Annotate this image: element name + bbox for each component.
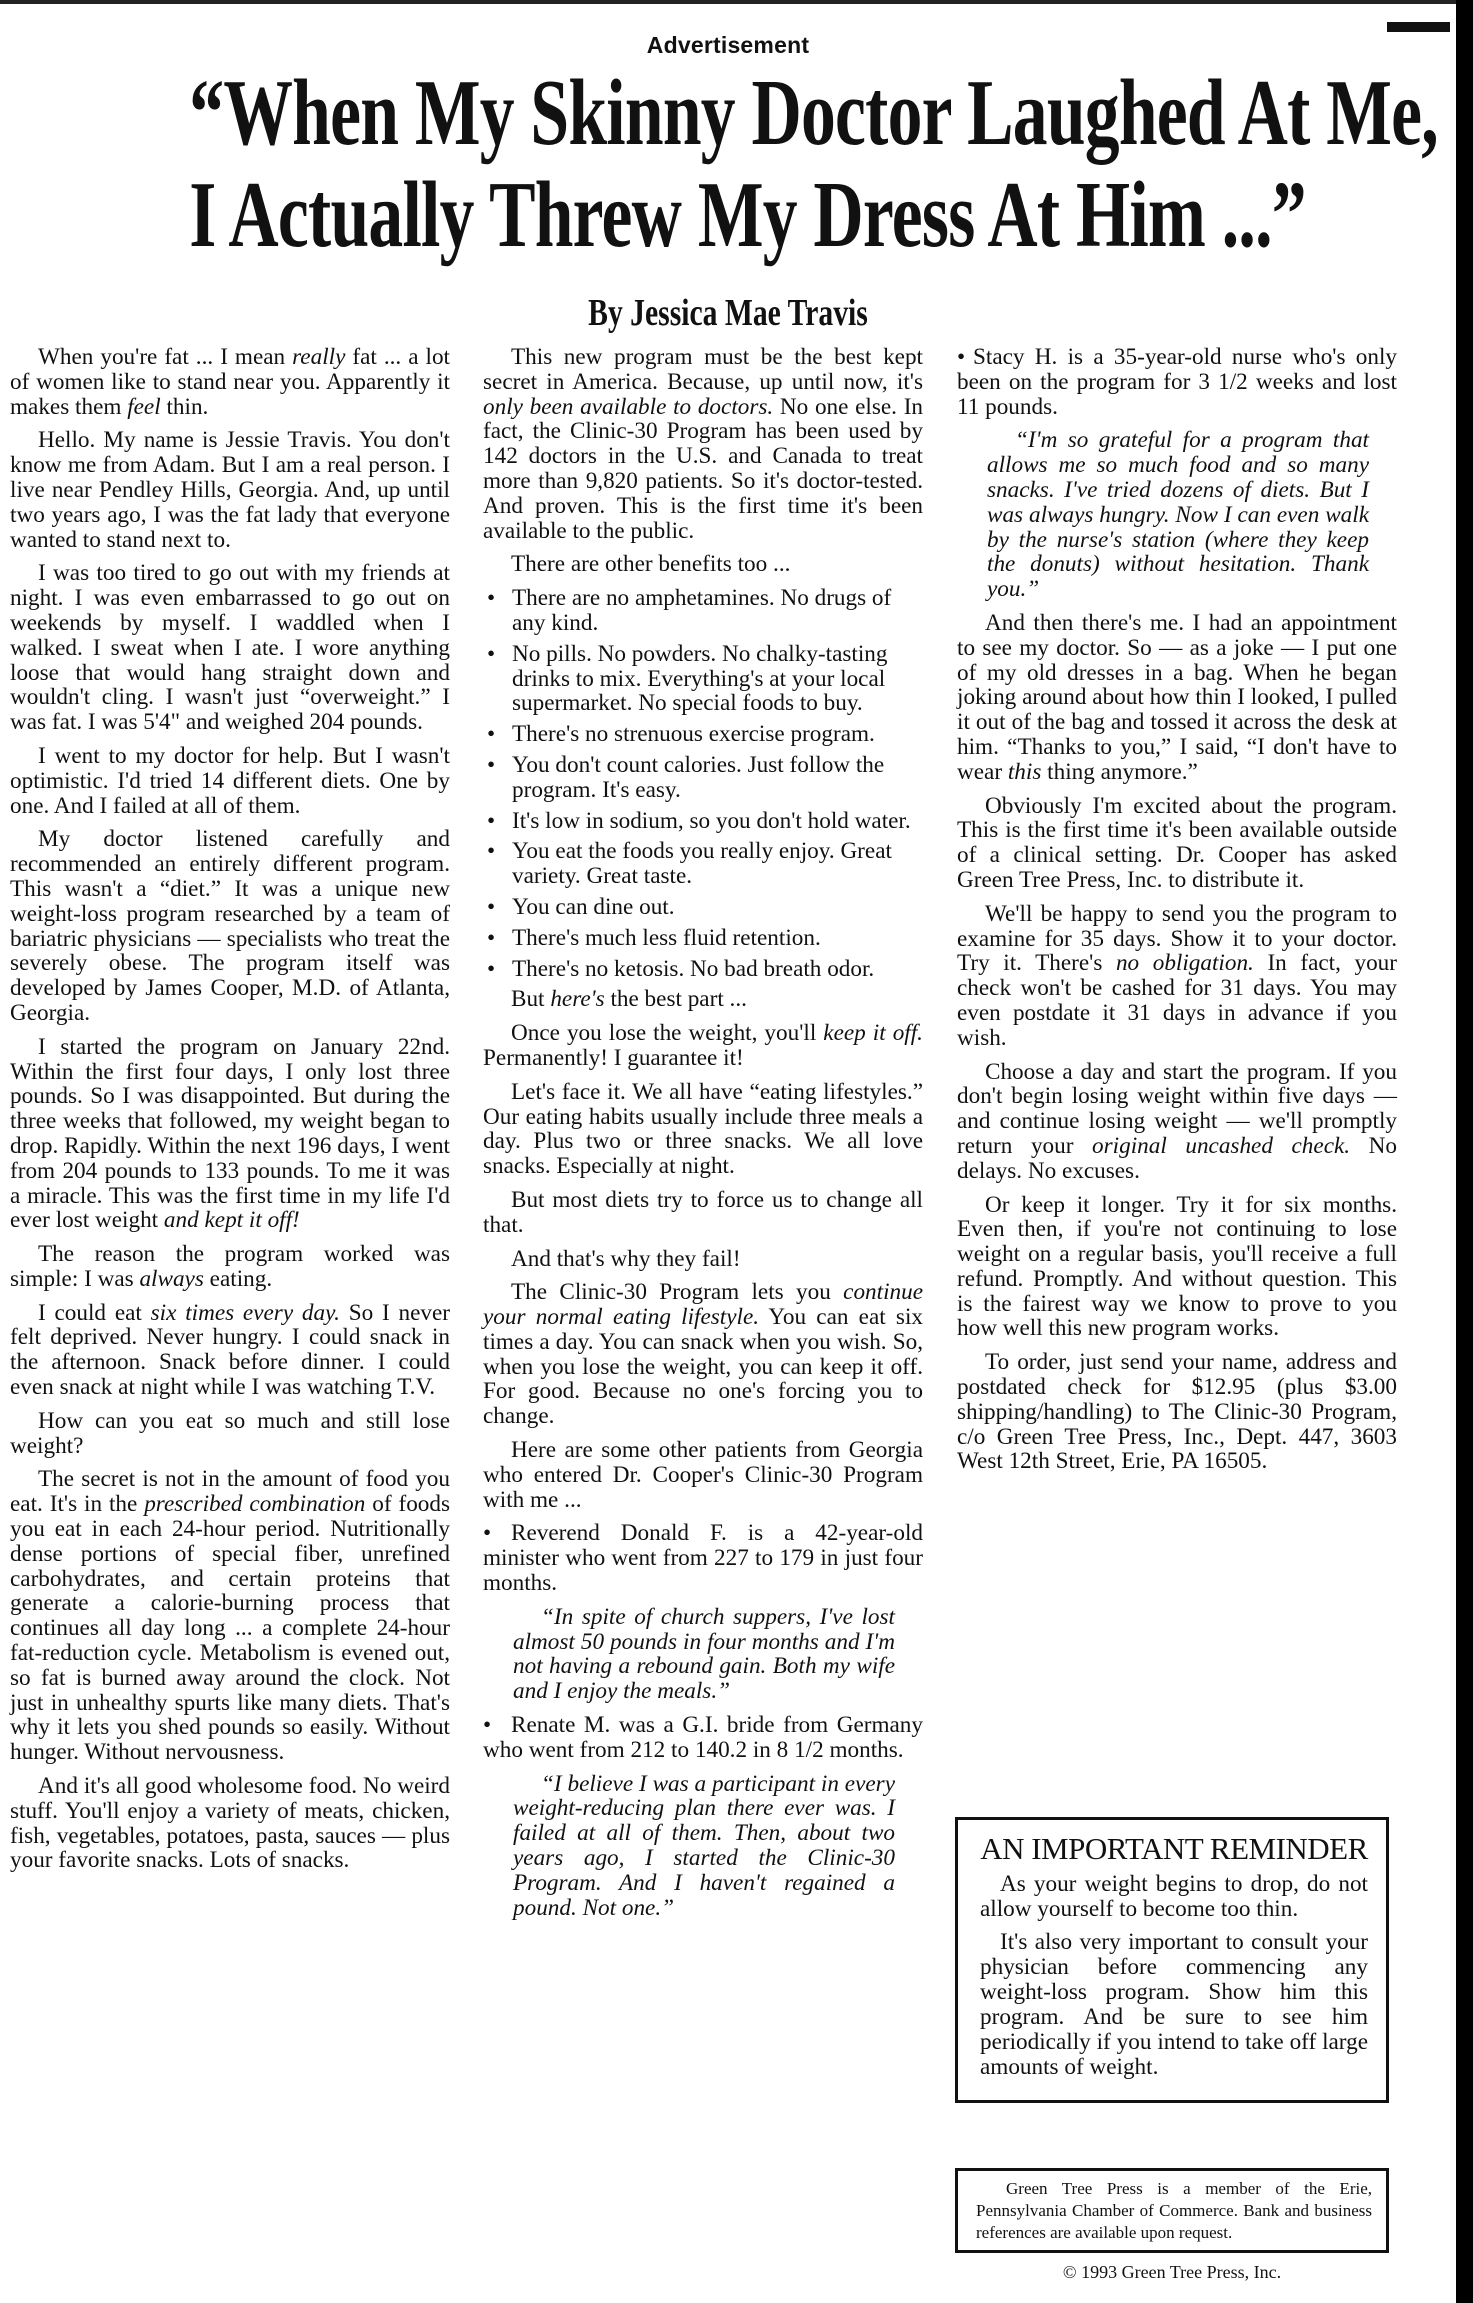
benefits-intro: There are other benefits too ...	[483, 552, 923, 577]
benefits-list: •There are no amphetamines. No drugs of …	[483, 586, 923, 981]
bullet-icon: •	[487, 722, 495, 747]
paragraph: But here's the best part ...	[483, 987, 923, 1012]
bullet-icon: •	[487, 957, 495, 982]
advertisement-page: Advertisement “When My Skinny Doctor Lau…	[0, 0, 1456, 2303]
paragraph: My doctor listened carefully and recomme…	[10, 827, 450, 1025]
bullet-icon: •	[483, 1521, 511, 1546]
paragraph: And that's why they fail!	[483, 1247, 923, 1272]
bullet-icon: •	[487, 926, 495, 951]
bullet-icon: •	[487, 839, 495, 864]
order-instructions: To order, just send your name, address a…	[957, 1350, 1397, 1474]
reminder-paragraph: It's also very important to consult your…	[980, 1930, 1368, 2080]
bullet-icon: •	[487, 753, 495, 778]
benefit-item: •It's low in sodium, so you don't hold w…	[483, 809, 923, 834]
paragraph: And then there's me. I had an appointmen…	[957, 611, 1397, 785]
reminder-paragraph: As your weight begins to drop, do not al…	[980, 1872, 1368, 1922]
headline: “When My Skinny Doctor Laughed At Me, I …	[189, 62, 1266, 266]
quote-stacy: “I'm so grateful for a program that allo…	[987, 428, 1369, 602]
headline-line-1: “When My Skinny Doctor Laughed At Me,	[189, 62, 1266, 164]
paragraph: This new program must be the best kept s…	[483, 345, 923, 543]
scan-edge	[1456, 0, 1473, 2303]
paragraph: Or keep it longer. Try it for six months…	[957, 1193, 1397, 1342]
benefit-item: •There's no strenuous exercise program.	[483, 722, 923, 747]
advertisement-label: Advertisement	[0, 32, 1456, 59]
paragraph: Obviously I'm excited about the program.…	[957, 794, 1397, 893]
benefit-item: •You eat the foods you really enjoy. Gre…	[483, 839, 923, 889]
paragraph: We'll be happy to send you the program t…	[957, 902, 1397, 1051]
bullet-icon: •	[487, 642, 495, 667]
byline: By Jessica Mae Travis	[160, 291, 1296, 335]
paragraph: The secret is not in the amount of food …	[10, 1467, 450, 1765]
paragraph: When you're fat ... I mean really fat ..…	[10, 345, 450, 419]
benefit-item: •There's no ketosis. No bad breath odor.	[483, 957, 923, 982]
paragraph: Let's face it. We all have “eating lifes…	[483, 1080, 923, 1179]
top-rule-divider	[0, 0, 1456, 4]
quote-donald: “In spite of church suppers, I've lost a…	[513, 1605, 895, 1704]
benefit-item: •There are no amphetamines. No drugs of …	[483, 586, 923, 636]
article-column-1: When you're fat ... I mean really fat ..…	[10, 345, 450, 1882]
paragraph: But most diets try to force us to change…	[483, 1188, 923, 1238]
benefit-item: •There's much less fluid retention.	[483, 926, 923, 951]
paragraph: Once you lose the weight, you'll keep it…	[483, 1021, 923, 1071]
benefit-item: •You can dine out.	[483, 895, 923, 920]
patient-testimonial-renate: •Renate M. was a G.I. bride from Germany…	[483, 1713, 923, 1763]
paragraph: Choose a day and start the program. If y…	[957, 1060, 1397, 1184]
paragraph: The reason the program worked was simple…	[10, 1242, 450, 1292]
bullet-icon: •	[487, 895, 495, 920]
article-column-2: This new program must be the best kept s…	[483, 345, 923, 1929]
paragraph: I was too tired to go out with my friend…	[10, 561, 450, 735]
important-reminder-box: AN IMPORTANT REMINDER As your weight beg…	[955, 1817, 1389, 2103]
quote-renate: “I believe I was a participant in every …	[513, 1772, 895, 1921]
copyright-notice: © 1993 Green Tree Press, Inc.	[955, 2262, 1389, 2283]
article-column-3: •Stacy H. is a 35-year-old nurse who's o…	[957, 345, 1397, 1483]
benefit-item: •No pills. No powders. No chalky-tasting…	[483, 642, 923, 716]
chamber-membership-box: Green Tree Press is a member of the Erie…	[955, 2168, 1389, 2253]
paragraph: I could eat six times every day. So I ne…	[10, 1301, 450, 1400]
bullet-icon: •	[483, 1713, 511, 1738]
corner-mark	[1387, 22, 1450, 32]
benefit-item: •You don't count calories. Just follow t…	[483, 753, 923, 803]
paragraph: I went to my doctor for help. But I wasn…	[10, 744, 450, 818]
bullet-icon: •	[487, 809, 495, 834]
paragraph: I started the program on January 22nd. W…	[10, 1035, 450, 1233]
paragraph: Here are some other patients from Georgi…	[483, 1438, 923, 1512]
patient-testimonial-stacy: •Stacy H. is a 35-year-old nurse who's o…	[957, 345, 1397, 419]
headline-line-2: I Actually Threw My Dress At Him ...”	[189, 164, 1266, 266]
paragraph: How can you eat so much and still lose w…	[10, 1409, 450, 1459]
paragraph: The Clinic-30 Program lets you continue …	[483, 1280, 923, 1429]
bullet-icon: •	[487, 586, 495, 611]
reminder-title: AN IMPORTANT REMINDER	[980, 1832, 1368, 1866]
paragraph: And it's all good wholesome food. No wei…	[10, 1774, 450, 1873]
bullet-icon: •	[957, 345, 973, 370]
patient-testimonial-donald: •Reverend Donald F. is a 42-year-old min…	[483, 1521, 923, 1595]
paragraph: Hello. My name is Jessie Travis. You don…	[10, 428, 450, 552]
